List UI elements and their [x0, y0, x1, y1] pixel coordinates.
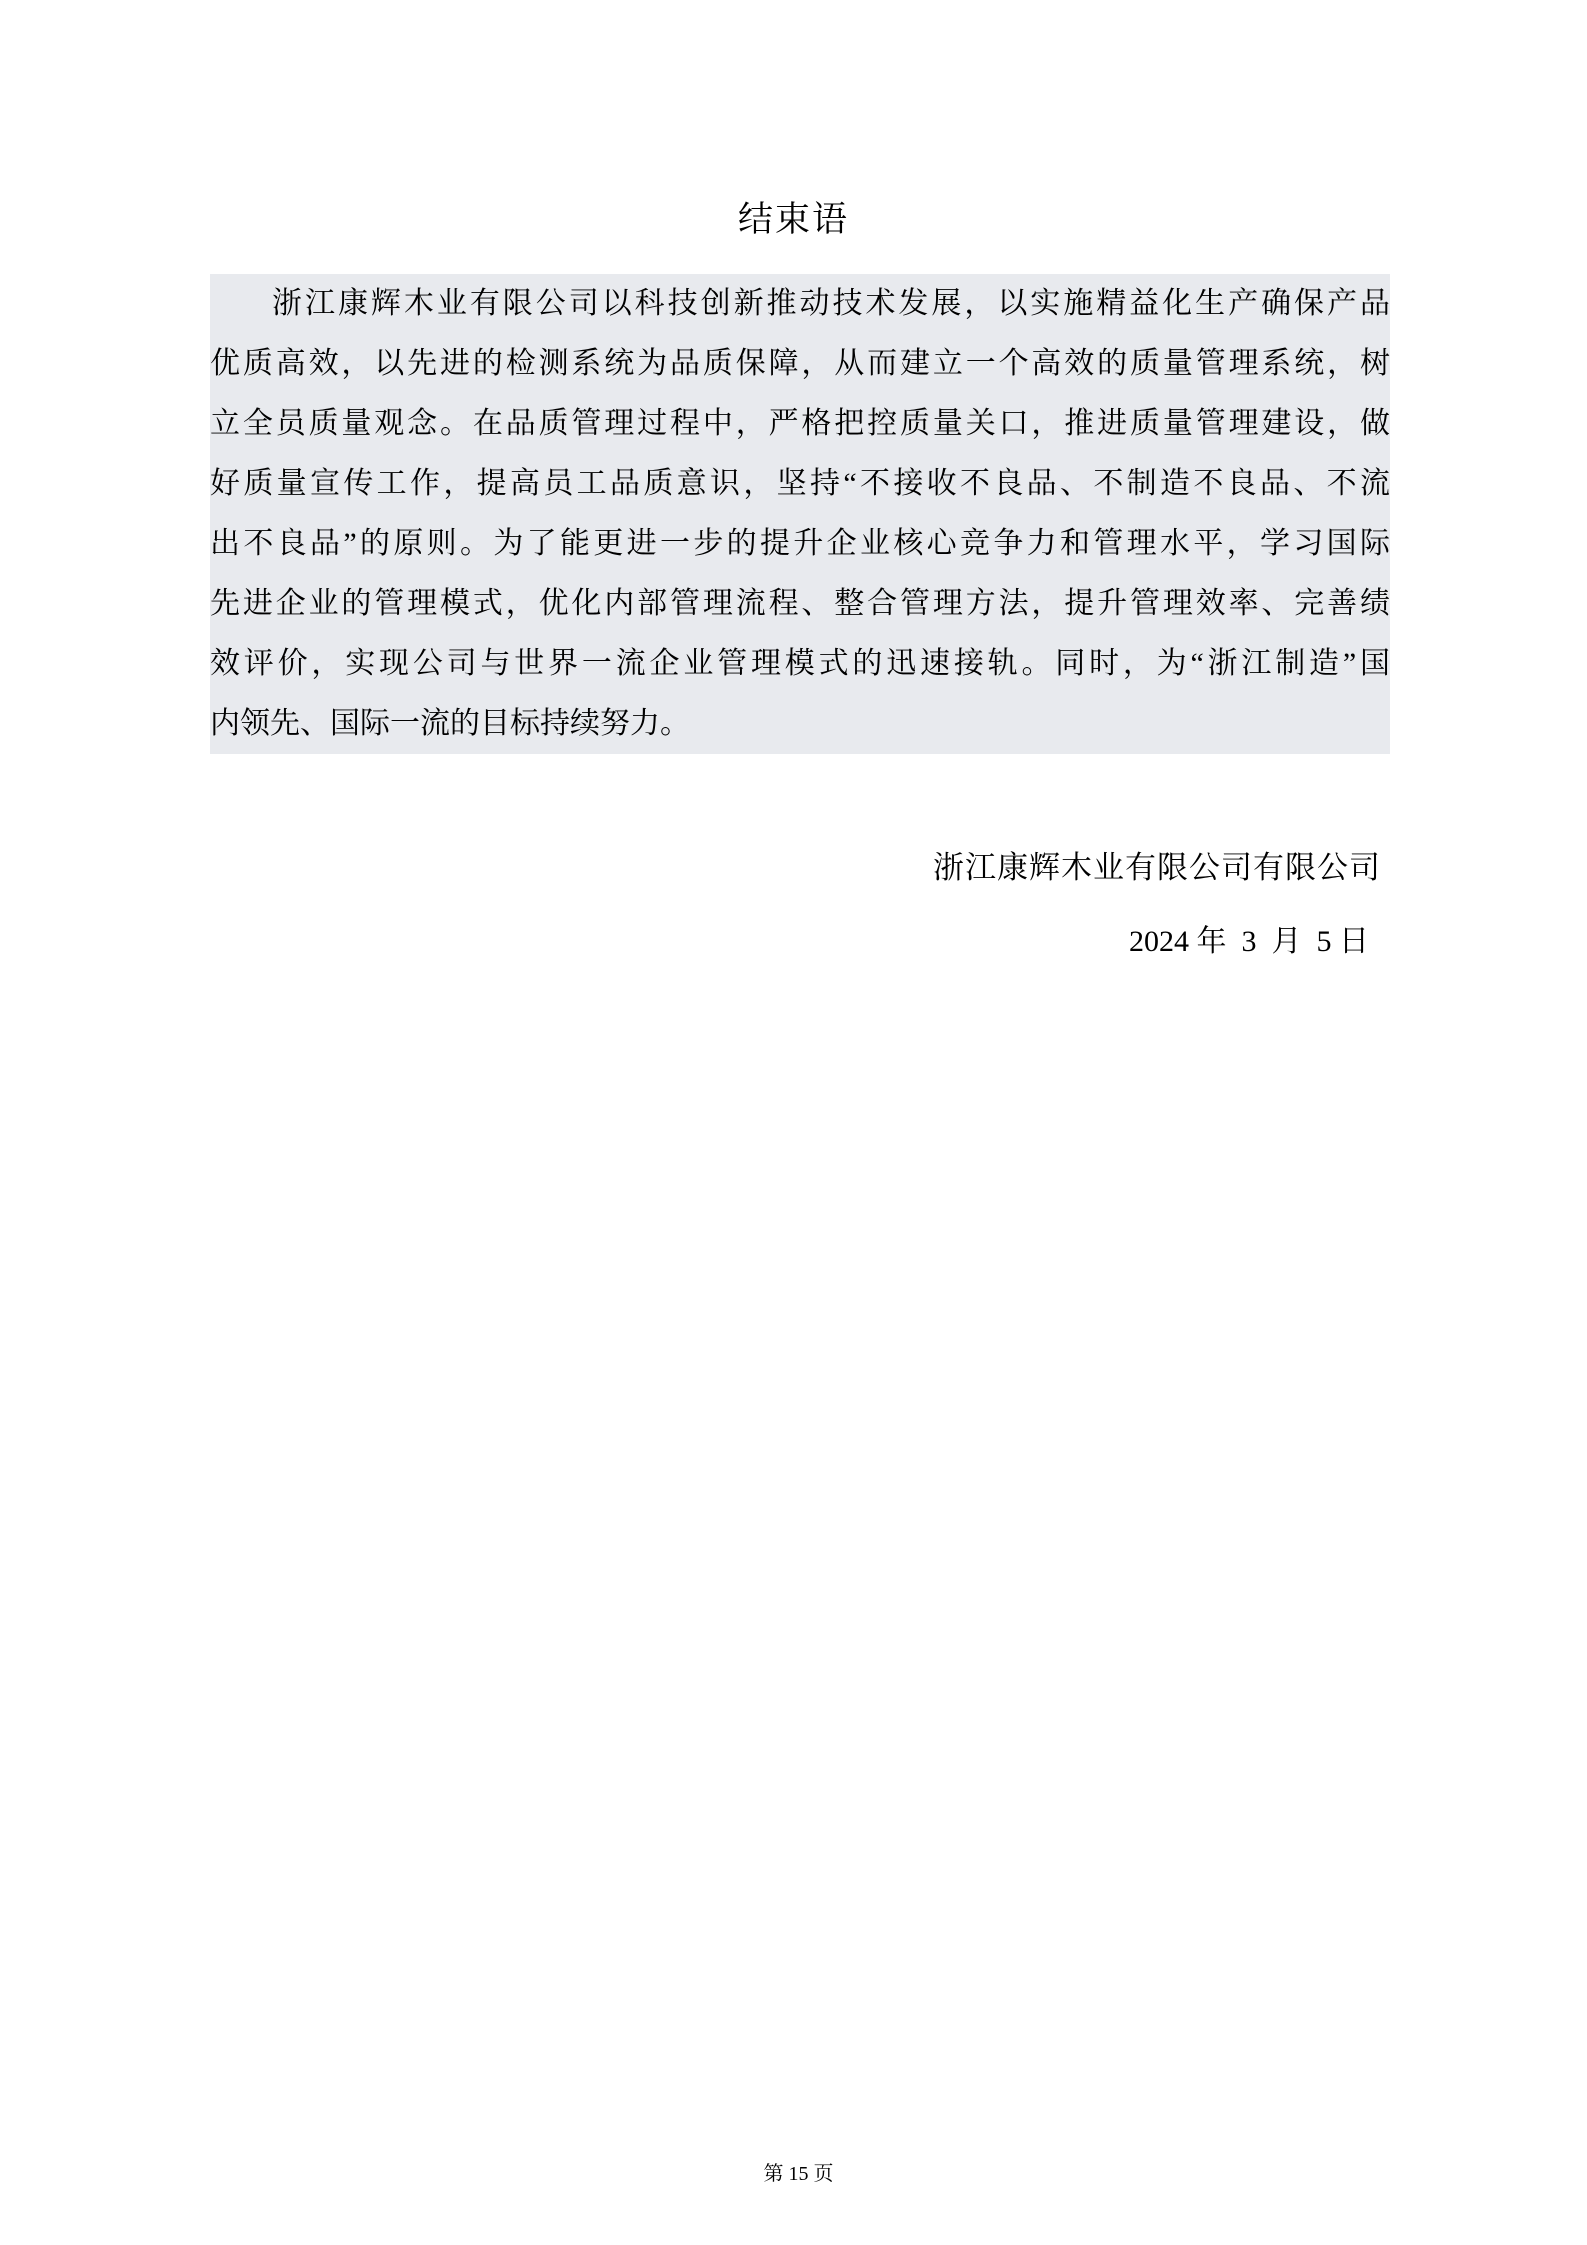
page-footer: 第 15 页 — [0, 2132, 1587, 2188]
paragraph-line: 立全员质量观念。在品质管理过程中，严格把控质量关口，推进质量管理建设，做 — [210, 394, 1390, 454]
paragraph-line: 内领先、国际一流的目标持续努力。 — [210, 694, 1390, 754]
paragraph-line: 效评价，实现公司与世界一流企业管理模式的迅速接轨。同时，为“浙江制造”国 — [210, 634, 1390, 694]
signature-date: 2024 年 3 月 5 日 — [0, 920, 1587, 964]
page-number-label: 第 15 页 — [764, 2163, 834, 2185]
page-title: 结束语 — [0, 196, 1587, 244]
paragraph-line: 先进企业的管理模式，优化内部管理流程、整合管理方法，提升管理效率、完善绩 — [210, 574, 1390, 634]
signature-company: 浙江康辉木业有限公司有限公司 — [0, 846, 1587, 890]
paragraph-line: 出不良品”的原则。为了能更进一步的提升企业核心竞争力和管理水平，学习国际 — [210, 514, 1390, 574]
conclusion-paragraph: 浙江康辉木业有限公司以科技创新推动技术发展，以实施精益化生产确保产品优质高效，以… — [210, 274, 1390, 754]
paragraph-line: 优质高效，以先进的检测系统为品质保障，从而建立一个高效的质量管理系统，树 — [210, 334, 1390, 394]
paragraph-line: 好质量宣传工作，提高员工品质意识，坚持“不接收不良品、不制造不良品、不流 — [210, 454, 1390, 514]
document-page: { "document": { "title": "结束语", "paragra… — [0, 0, 1587, 2245]
paragraph-line: 浙江康辉木业有限公司以科技创新推动技术发展，以实施精益化生产确保产品 — [210, 274, 1390, 334]
